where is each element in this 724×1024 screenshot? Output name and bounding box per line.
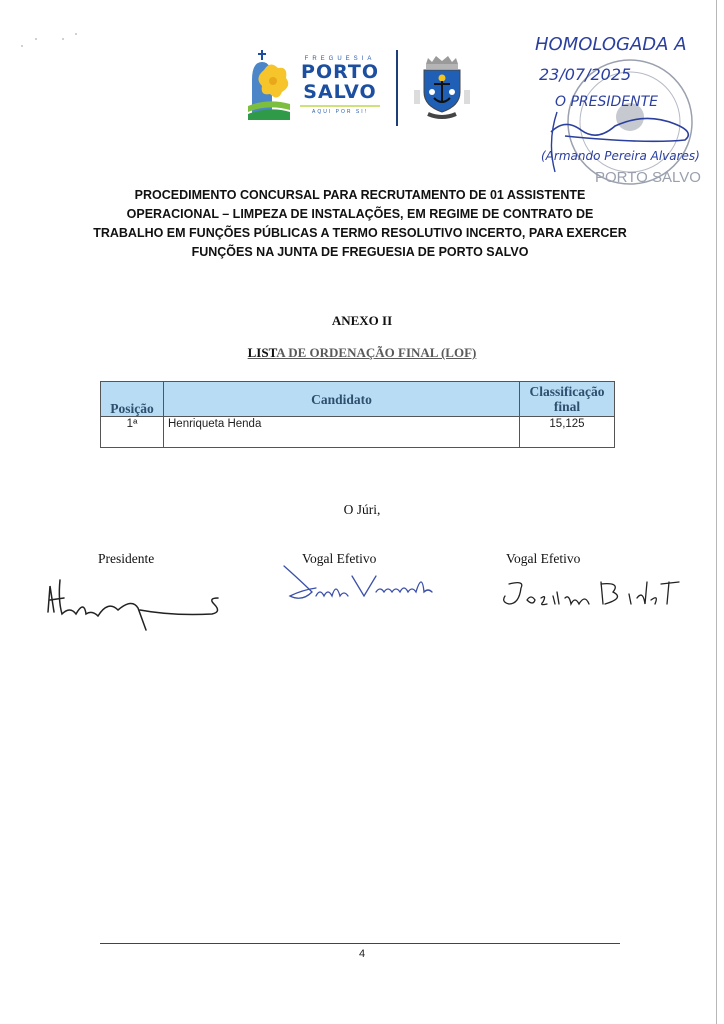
- stamp-line-1: HOMOLOGADA A: [535, 34, 687, 55]
- jury-role-member-2: Vogal Efetivo: [506, 551, 580, 567]
- logo-name-line2: SALVO: [294, 82, 386, 102]
- member-2-signature: [495, 574, 680, 616]
- cell-position: 1ª: [101, 417, 164, 448]
- coat-of-arms-icon: [410, 54, 474, 122]
- member-1-signature: [272, 562, 442, 612]
- scan-speck: [35, 38, 37, 40]
- president-signature: [42, 570, 232, 638]
- final-ranking-table: Posição Candidato Classificaçãofinal 1ª …: [100, 381, 615, 448]
- list-title-start: LIST: [248, 345, 277, 360]
- scan-speck: [21, 45, 23, 47]
- church-flower-icon: [248, 50, 290, 124]
- header-position: Posição: [101, 382, 164, 417]
- scan-speck: [62, 38, 64, 40]
- footer-rule: [100, 943, 620, 944]
- seal-text: PORTO SALVO: [595, 169, 701, 186]
- stamp-line-2: 23/07/2025: [539, 65, 631, 84]
- cell-classification: 15,125: [520, 417, 615, 448]
- annex-heading: ANEXO II: [0, 313, 724, 329]
- parish-logo: FREGUESIA PORTO SALVO AQUI POR SI!: [248, 50, 388, 126]
- header-classification: Classificaçãofinal: [520, 382, 615, 417]
- page-number: 4: [0, 948, 724, 960]
- header-candidate: Candidato: [164, 382, 520, 417]
- jury-heading: O Júri,: [0, 502, 724, 518]
- stamp-line-4: (Armando Pereira Alvares): [541, 149, 700, 163]
- stamp-line-3: O PRESIDENTE: [555, 94, 658, 110]
- document-title: PROCEDIMENTO CONCURSAL PARA RECRUTAMENTO…: [90, 186, 630, 262]
- list-title-rest: A DE ORDENAÇÃO FINAL (LOF): [276, 345, 476, 360]
- approval-stamp: PORTO SALVO HOMOLOGADA A 23/07/2025 O PR…: [525, 22, 720, 192]
- list-title: LISTA DE ORDENAÇÃO FINAL (LOF): [0, 345, 724, 361]
- scan-speck: [75, 33, 77, 35]
- logo-divider: [396, 50, 398, 126]
- cell-candidate: Henriqueta Henda: [164, 417, 520, 448]
- table-header-row: Posição Candidato Classificaçãofinal: [101, 382, 615, 417]
- logo-name-line1: PORTO: [294, 62, 386, 82]
- table-row: 1ª Henriqueta Henda 15,125: [101, 417, 615, 448]
- logo-tagline: AQUI POR SI!: [294, 109, 386, 115]
- jury-role-president: Presidente: [98, 551, 154, 567]
- logo-rule: [300, 105, 380, 107]
